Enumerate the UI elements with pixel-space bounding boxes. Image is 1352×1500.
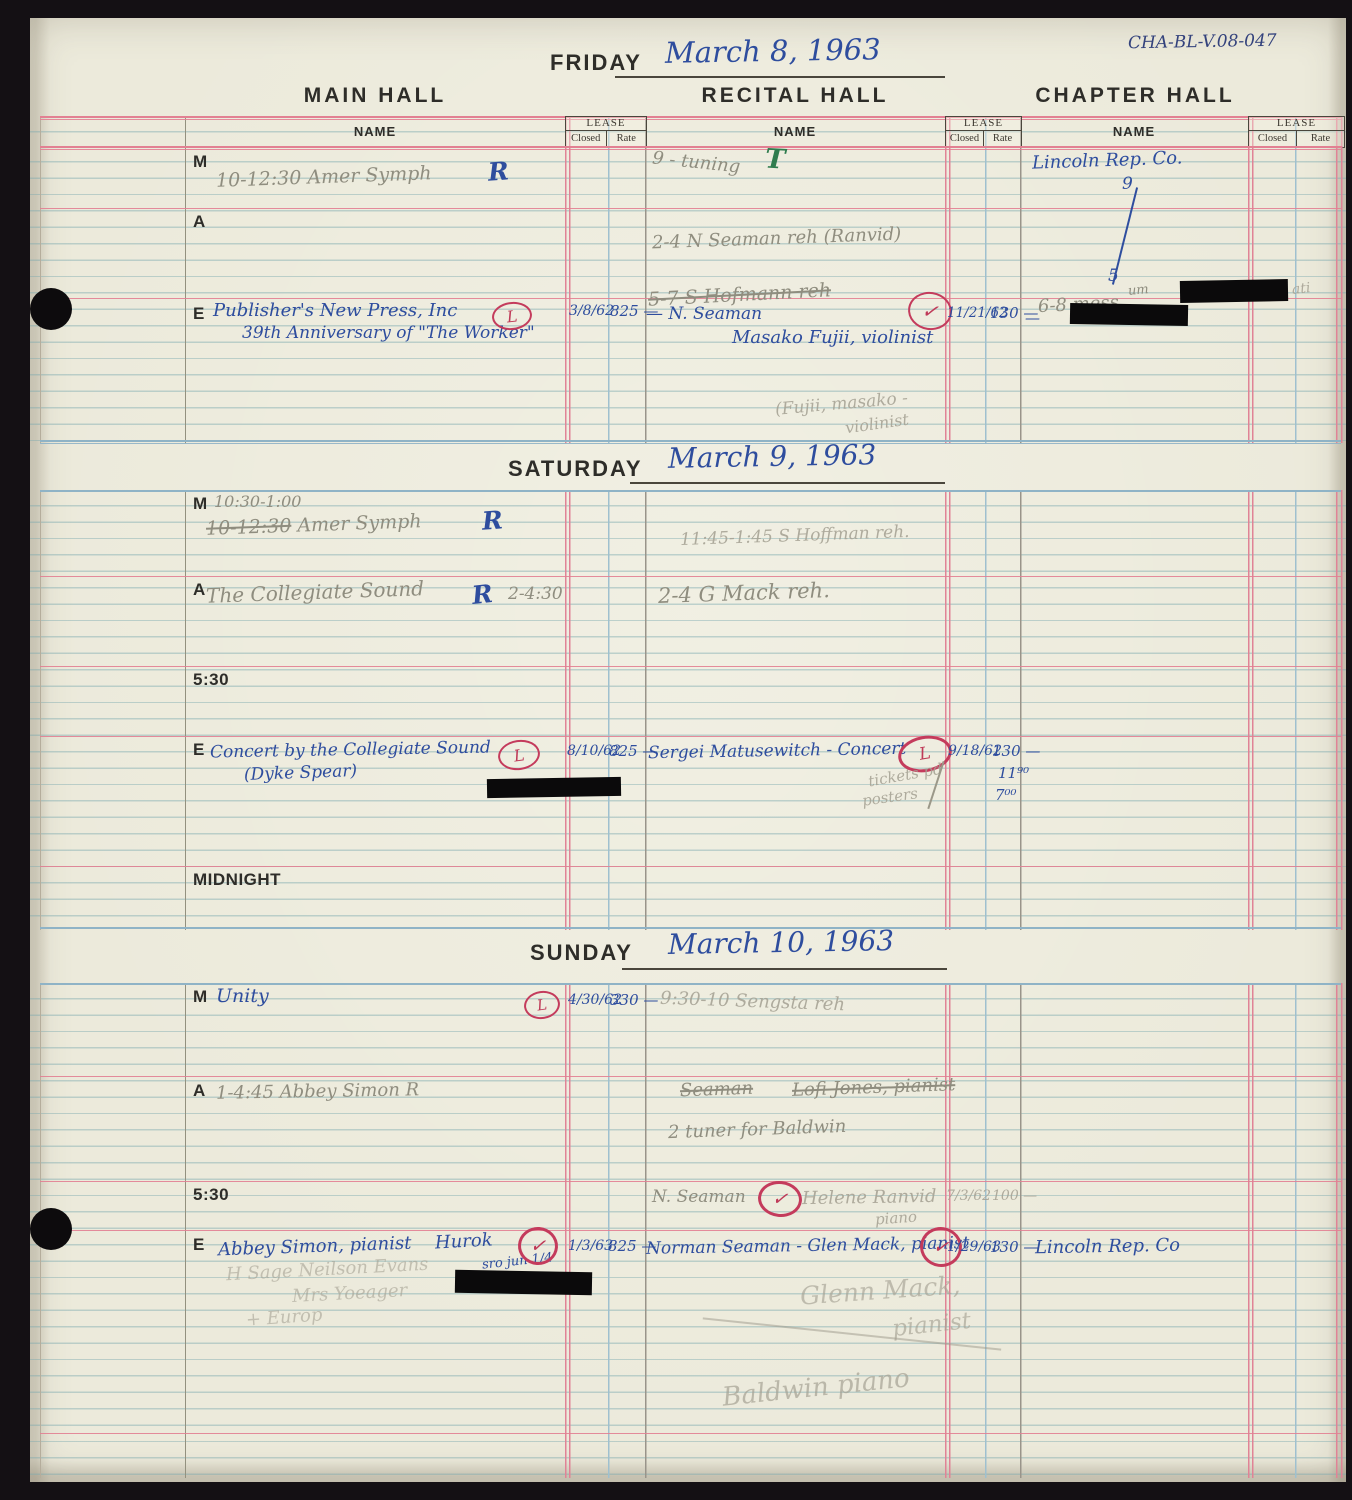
entry-saturday-main-afternoon: The Collegiate Sound (206, 578, 425, 607)
redaction-bar (1180, 279, 1288, 303)
entry-text: Amer Symph (297, 510, 422, 536)
row-label-e: E (193, 304, 205, 324)
friday-main-lease-closed: 3/8/62 (569, 304, 614, 319)
entry-saturday-recital-evening: Sergei Matusewitch - Concert (648, 741, 907, 763)
redaction-bar (455, 1270, 592, 1295)
lease-label: LEASE (566, 117, 646, 131)
row-line (40, 866, 1341, 867)
row-line (40, 666, 1341, 667)
entry-sunday-recital-afternoon-struck1: Seaman (680, 1080, 754, 1101)
lease-header-main: LEASE ClosedRate (565, 116, 647, 148)
hole-punch-top (30, 288, 72, 330)
entry-sunday-recital-morning: 9:30-10 Sengsta reh (660, 990, 846, 1015)
row-label-midnight: MIDNIGHT (193, 870, 281, 890)
entry-saturday-main-afternoon-time: 2-4:30 (508, 586, 563, 604)
entry-saturday-main-evening-line1: Concert by the Collegiate Sound (210, 740, 491, 763)
saturday-recital-lease-rate2: 11⁹⁰ (998, 766, 1029, 782)
rate-label: Rate (1297, 131, 1344, 146)
header-top-line (40, 116, 1341, 118)
entry-friday-main-morning: 10-12:30 Amer Symph (216, 164, 432, 191)
lease-label: LEASE (1249, 117, 1344, 131)
date-underline (615, 76, 945, 78)
row-label-a: A (193, 580, 206, 600)
date-saturday: March 9, 1963 (668, 440, 877, 473)
row-label-a: A (193, 212, 206, 232)
closed-label: Closed (1249, 131, 1297, 146)
stamp-letter: L (506, 306, 519, 326)
entry-friday-main-evening-line2: 39th Anniversary of "The Worker" (242, 325, 535, 343)
row-label-m: M (193, 152, 208, 172)
lease-header-recital: LEASE ClosedRate (945, 116, 1022, 148)
saturday-grid: M A 5:30 E MIDNIGHT 10:30-1:00 10-12:30 … (30, 490, 1346, 930)
entry-sunday-recital-afternoon-struck2: Lofi Jones, pianist (792, 1076, 956, 1101)
entry-friday-recital-evening-line1: — N. Seaman (646, 306, 762, 324)
entry-sunday-main-morning: Unity (216, 987, 269, 1007)
stamp-check: ✓ (529, 1234, 546, 1257)
pencil-tail: ati (1291, 281, 1311, 298)
hole-punch-bottom (30, 1208, 72, 1250)
date-sunday: March 10, 1963 (668, 926, 895, 959)
lease-label: LEASE (946, 117, 1021, 131)
day-label-friday: FRIDAY (550, 50, 642, 76)
note-baldwin-piano: Baldwin piano (721, 1365, 911, 1412)
lease-closed-stamp: L (496, 737, 542, 773)
entry-friday-chapter-morning: Lincoln Rep. Co. (1032, 149, 1183, 173)
sunday-recital-530-lease-rate: 100 — (992, 1189, 1037, 1204)
entry-sunday-recital-530b: Helene Ranvid (802, 1188, 937, 1209)
chapter-time-start: 9 (1122, 176, 1133, 194)
column-header-row: NAME NAME NAME LEASE ClosedRate LEASE Cl… (30, 116, 1346, 146)
sunday-recital-lease-rate: 130 — (990, 1240, 1038, 1256)
sunday-recital-530-lease-closed: 7/3/62 (946, 1189, 991, 1204)
struck-time: 10-12:30 (206, 515, 292, 540)
pencil-note-violinist: violinist (844, 412, 910, 438)
entry-saturday-recital-afternoon: 2-4 G Mack reh. (658, 579, 830, 607)
day-label-saturday: SATURDAY (508, 456, 643, 482)
ledger-page: FRIDAY March 8, 1963 CHA-BL-V.08-047 MAI… (30, 18, 1346, 1482)
entry-friday-recital-morning: 9 - tuning (651, 149, 741, 177)
entry-friday-main-evening-line1: Publisher's New Press, Inc (213, 302, 457, 321)
row-line (40, 1076, 1341, 1077)
rehearsal-mark: R (481, 507, 504, 535)
row-label-a: A (193, 1081, 206, 1101)
rate-label: Rate (984, 131, 1021, 146)
check-stamp: ✓ (756, 1179, 804, 1219)
row-line (40, 208, 1341, 209)
hall-title-chapter: CHAPTER HALL (1005, 84, 1265, 108)
day-label-sunday: SUNDAY (530, 940, 633, 966)
row-line (40, 1230, 1341, 1231)
note-glenn-mack: Glenn Mack, (799, 1272, 961, 1309)
entry-sunday-main-evening-hurok: Hurok (435, 1232, 494, 1254)
row-line (40, 1181, 1341, 1182)
rate-label: Rate (607, 131, 647, 146)
col-name-main: NAME (185, 124, 565, 139)
date-friday: March 8, 1963 (665, 34, 881, 68)
entry-saturday-main-evening-line2: (Dyke Spear) (244, 763, 358, 785)
date-underline (630, 482, 945, 484)
date-underline (622, 968, 947, 970)
col-name-recital: NAME (645, 124, 945, 139)
entry-sunday-chapter-evening: Lincoln Rep. Co (1035, 1237, 1180, 1258)
redaction-bar (487, 777, 621, 798)
row-label-m: M (193, 987, 208, 1007)
sunday-main-m-lease-rate: 330 — (610, 993, 658, 1009)
entry-saturday-main-morning-time: 10:30-1:00 (214, 494, 301, 511)
rehearsal-mark: R (471, 581, 494, 609)
stamp-letter: L (536, 995, 548, 1014)
row-line (40, 1433, 1341, 1434)
stamp-letter: L (512, 745, 525, 765)
sunday-main-lease-closed: 1/3/63 (568, 1239, 613, 1254)
row-label-m: M (193, 494, 208, 514)
pencil-line3: + Europ (245, 1306, 323, 1330)
row-line (40, 736, 1341, 737)
redaction-bar (1070, 303, 1188, 326)
entry-friday-recital-afternoon: 2-4 N Seaman reh (Ranvid) (652, 226, 902, 254)
entry-friday-recital-evening-line2: Masako Fujii, violinist (732, 329, 933, 348)
chapter-time-end: 5 (1108, 268, 1119, 286)
hall-title-main: MAIN HALL (185, 84, 565, 108)
row-label-530: 5:30 (193, 670, 229, 690)
tuning-mark: T (764, 145, 786, 174)
row-label-530: 5:30 (193, 1185, 229, 1205)
rehearsal-mark: R (487, 158, 510, 186)
stamp-check: ✓ (920, 298, 940, 324)
entry-sunday-recital-530: N. Seaman (652, 1189, 746, 1207)
note-posters: posters (861, 786, 919, 809)
row-line (40, 576, 1341, 577)
entry-sunday-main-afternoon: 1-4:45 Abbey Simon R (216, 1081, 419, 1103)
header-top-line2 (40, 119, 1341, 120)
closed-label: Closed (566, 131, 607, 146)
lease-closed-stamp: L (522, 989, 562, 1022)
hall-title-recital: RECITAL HALL (645, 84, 945, 108)
lease-header-chapter: LEASE ClosedRate (1248, 116, 1345, 148)
saturday-recital-lease-rate: 130 — (992, 744, 1040, 760)
note-glenn-pianist: pianist (891, 1309, 972, 1341)
entry-saturday-recital-morning: 11:45-1:45 S Hoffman reh. (680, 524, 910, 550)
note-piano: piano (875, 1210, 918, 1229)
row-label-e: E (193, 740, 205, 760)
pencil-line2: Mrs Yoeager (292, 1282, 408, 1307)
closed-label: Closed (946, 131, 984, 146)
entry-sunday-recital-afternoon2: 2 tuner for Baldwin (668, 1118, 847, 1143)
row-label-e: E (193, 1235, 205, 1255)
stamp-check: ✓ (771, 1187, 789, 1211)
saturday-recital-lease-rate3: 7⁰⁰ (995, 788, 1017, 804)
friday-grid: M A E 10-12:30 Amer Symph R 9 - tuning T… (30, 146, 1346, 443)
col-name-chapter: NAME (1020, 124, 1248, 139)
chapter-evening-superscript: um (1127, 283, 1149, 298)
sunday-grid: M A 5:30 E Unity L 4/30/62 330 — 9:30-10… (30, 983, 1346, 1478)
entry-saturday-main-morning: 10-12:30 Amer Symph (206, 512, 422, 539)
archive-code: CHA-BL-V.08-047 (1128, 33, 1277, 53)
